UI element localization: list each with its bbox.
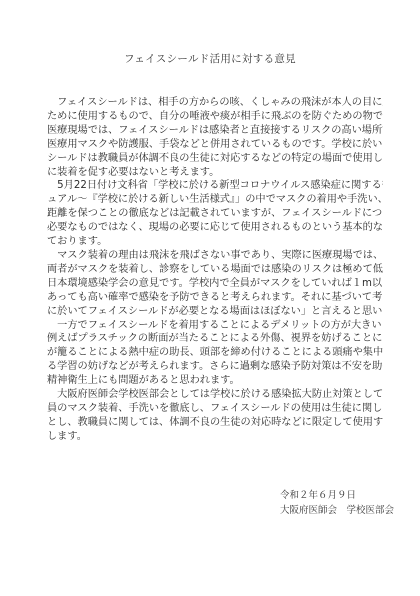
text-line: 精神衛生上にも問題があると思われます。 (47, 374, 383, 388)
document-signature: 大阪府医師会 学校医部会 (280, 503, 394, 518)
text-line: フェイスシールドは、相手の方からの咳、くしゃみの飛沫が本人の目に入るのを防ぐ (47, 96, 383, 110)
text-line: に於いてフェイスシールドが必要となる場面はほぼない」と言えると思います。 (47, 305, 383, 319)
text-line: シールドは教職員が体調不良の生徒に対応するなどの特定の場面で使用し、生徒に一律 (47, 152, 383, 166)
document-date: 令和２年６月９日 (280, 488, 394, 503)
text-line: ております。 (47, 235, 383, 249)
text-line: とし、教職員に関しては、体調不良の生徒の対応時などに限定して使用することを推奨 (47, 416, 383, 430)
document-body: フェイスシールドは、相手の方からの咳、くしゃみの飛沫が本人の目に入るのを防ぐため… (47, 96, 383, 444)
text-line: ュアル～『学校に於ける新しい生活様式』」の中でマスクの着用や手洗い、換気、身体的 (47, 193, 383, 207)
text-line: ために使用するもので、自分の唾液や痰が相手に飛ぶのを防ぐための物ではありません。 (47, 110, 383, 124)
text-line: します。 (47, 430, 383, 444)
text-line: 必要なものではなく、現場の必要に応じて使用されるものという基本的な考えが示され (47, 221, 383, 235)
text-line: 医療現場では、フェイスシールドは感染者と直接接するリスクの高い場所で、あくまで (47, 124, 383, 138)
text-line: 医療用マスクや防護服、手袋などと併用されているものです。学校に於いてもフェイス (47, 138, 383, 152)
text-line: 日本環境感染学会の意見です。学校内で全員がマスクをしていれば１m以内の近距離で (47, 277, 383, 291)
text-line: に装着を促す必要はないと考えます。 (47, 166, 383, 180)
text-line: る学習の妨げなどが考えられます。さらに過剰な感染予防対策は不安を助長し、児童の (47, 360, 383, 374)
text-line: 5月22日付け文科省「学校に於ける新型コロナウイルス感染症に関する衛生管理マニ (47, 179, 383, 193)
text-line: 員のマスク装着、手洗いを徹底し、フェイスシールドの使用は生徒に関しては原則不要 (47, 402, 383, 416)
document-title: フェイスシールド活用に対する意見 (0, 51, 420, 66)
text-line: 一方でフェイスシールドを着用することによるデメリットの方が大きいと考えます。 (47, 319, 383, 333)
text-line: が籠ることによる熱中症の助長、頭部を締め付けることによる頭痛や集中力の低下によ (47, 346, 383, 360)
text-line: 距離を保つことの徹底などは記載されていますが、フェイスシールドについては一律に (47, 207, 383, 221)
text-line: 大阪府医師会学校医部会としては学校に於ける感染拡大防止対策として、生徒、教職 (47, 388, 383, 402)
text-line: あっても高い確率で感染を予防できると考えられます。それに基づいて考えると「学校 (47, 291, 383, 305)
text-line: マスク装着の理由は飛沫を飛ばさない事であり、実際に医療現場では、患者・医師の (47, 249, 383, 263)
text-line: 例えばプラスチックの断面が当たることによる外傷、視界を妨げることによる事故、熱 (47, 332, 383, 346)
signature-block: 令和２年６月９日 大阪府医師会 学校医部会 (280, 488, 394, 518)
text-line: 両者がマスクを装着し、診察をしている場面では感染のリスクは極めて低いというのが、 (47, 263, 383, 277)
